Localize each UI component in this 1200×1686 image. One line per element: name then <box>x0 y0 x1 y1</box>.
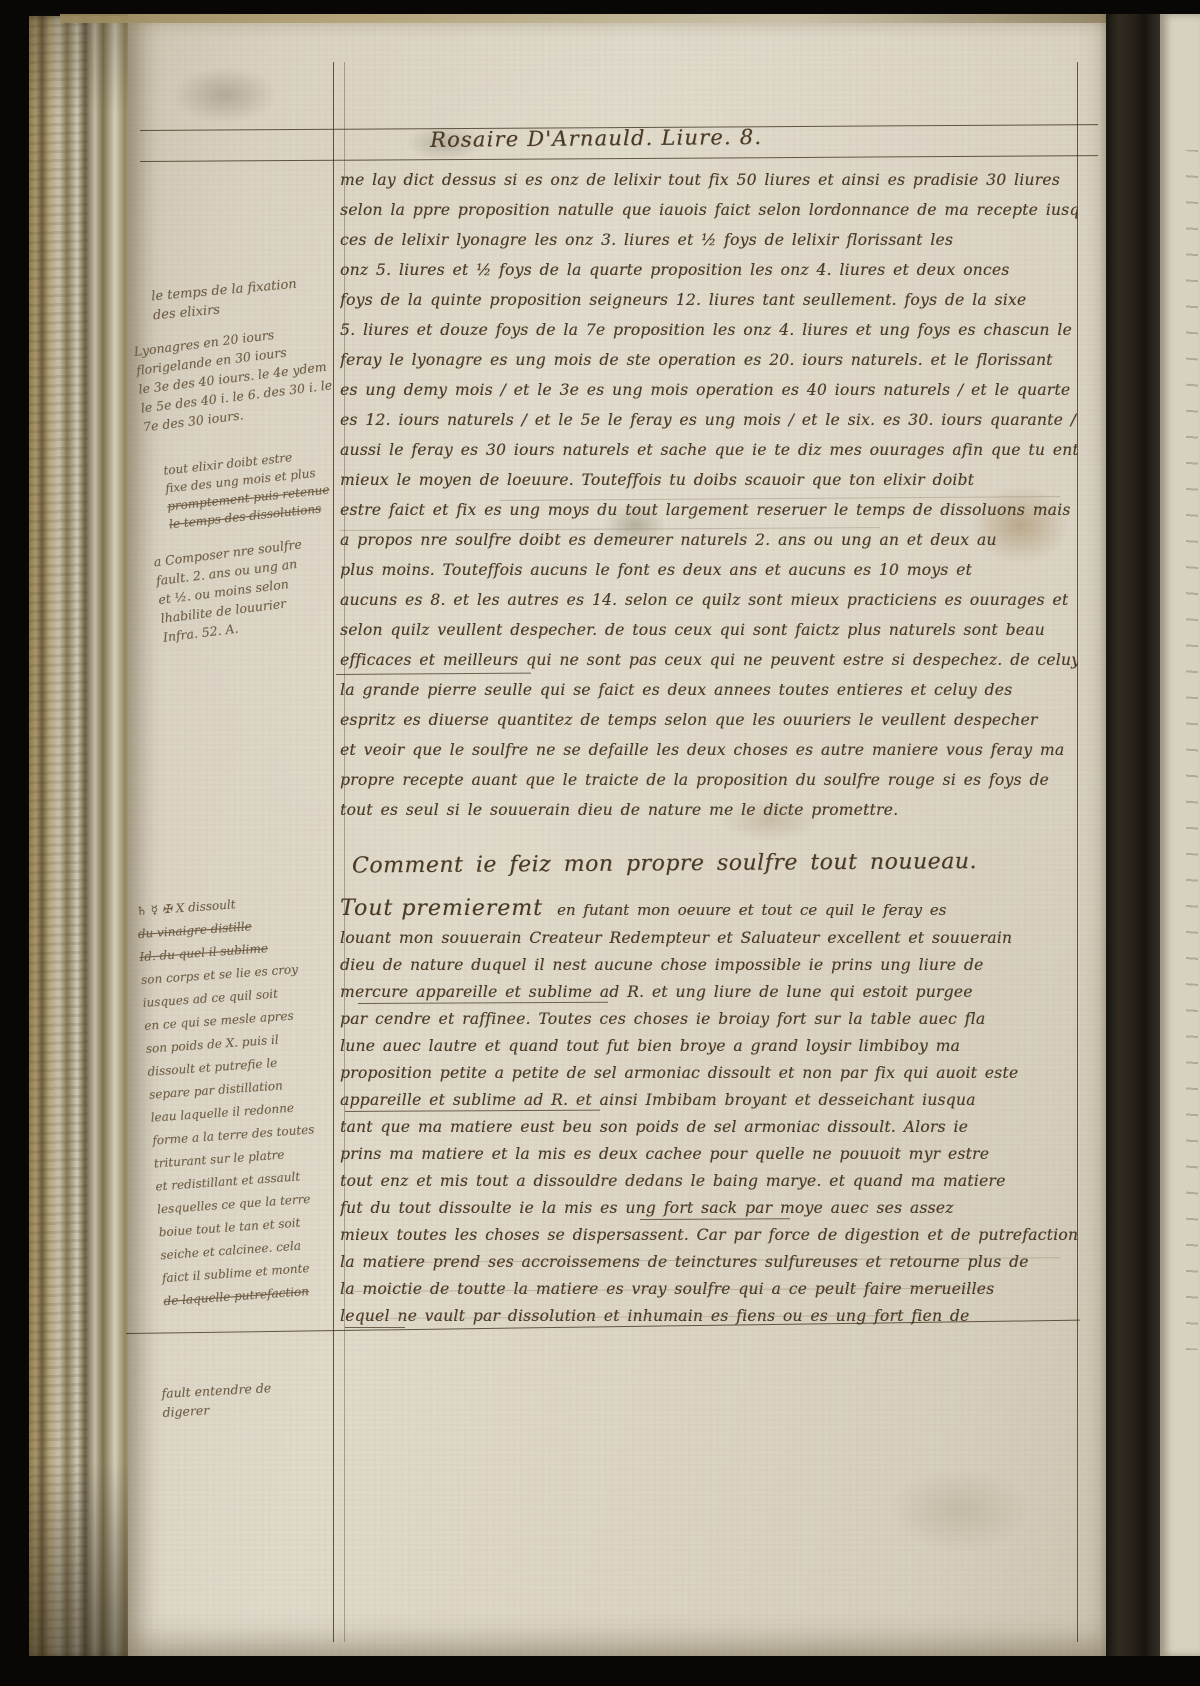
manuscript-line: mercure appareille et sublime ad R. et u… <box>340 983 1078 1010</box>
manuscript-line: la grande pierre seulle qui se faict es … <box>340 681 1078 711</box>
body-text-block-1: me lay dict dessus si es onz de lelixir … <box>340 171 1078 831</box>
manuscript-line: appareille et sublime ad R. et ainsi Imb… <box>340 1091 1078 1118</box>
photo-border-top <box>0 0 1200 13</box>
manuscript-line: tout enz et mis tout a dissouldre dedans… <box>340 1172 1078 1199</box>
manuscript-line: fut du tout dissoulte ie la mis es ung f… <box>340 1199 1078 1226</box>
rule-left-vertical <box>333 62 334 1642</box>
manuscript-line: plus moins. Touteffois aucuns le font es… <box>340 561 1078 591</box>
manuscript-line: feray le lyonagre es ung mois de ste ope… <box>340 351 1078 381</box>
manuscript-line: aucuns es 8. et les autres es 14. selon … <box>340 591 1078 621</box>
manuscript-line: tout es seul si le souuerain dieu de nat… <box>340 801 1078 831</box>
manuscript-line: espritz es diuerse quantitez de temps se… <box>340 711 1078 741</box>
manuscript-line: louant mon souuerain Createur Redempteur… <box>340 929 1078 956</box>
ink-underline-last-line <box>345 1327 405 1328</box>
gutter-shadow <box>1100 14 1160 1656</box>
body-text-block-2: louant mon souuerain Createur Redempteur… <box>340 929 1078 1334</box>
manuscript-photo: Rosaire D'Arnauld. Liure. 8. me lay dict… <box>0 0 1200 1686</box>
lead-rest-words: en futant mon oeuure et tout ce quil le … <box>557 901 946 919</box>
manuscript-line: et veoir que le soulfre ne se defaille l… <box>340 741 1078 771</box>
photo-border-left <box>0 0 29 1686</box>
manuscript-line: dieu de nature duquel il nest aucune cho… <box>340 956 1078 983</box>
section-heading: Comment ie feiz mon propre soulfre tout … <box>352 849 1052 879</box>
margin-note-composer-soulfre: a Composer nre soulfrefault. 2. ans ou u… <box>153 536 313 648</box>
manuscript-line: par cendre et raffinee. Toutes ces chose… <box>340 1010 1078 1037</box>
manuscript-line: selon la ppre proposition natulle que ia… <box>340 201 1078 231</box>
manuscript-line: la moictie de toutte la matiere es vray … <box>340 1280 1078 1307</box>
page-top-edge <box>60 14 1106 23</box>
page-title: Rosaire D'Arnauld. Liure. 8. <box>430 124 850 152</box>
manuscript-line: es ung demy mois / et le 3e es ung mois … <box>340 381 1078 411</box>
manuscript-line: ces de lelixir lyonagre les onz 3. liure… <box>340 231 1078 261</box>
manuscript-line: lune auec lautre et quand tout fut bien … <box>340 1037 1078 1064</box>
manuscript-line: proposition petite a petite de sel armon… <box>340 1064 1078 1091</box>
manuscript-line: aussi le feray es 30 iours naturels et s… <box>340 441 1078 471</box>
manuscript-line: 5. liures et douze foys de la 7e proposi… <box>340 321 1078 351</box>
manuscript-line: foys de la quinte proposition seigneurs … <box>340 291 1078 321</box>
manuscript-line: onz 5. liures et ½ foys de la quarte pro… <box>340 261 1078 291</box>
margin-note-digerer: fault entendre dedigerer <box>161 1380 273 1424</box>
manuscript-line: propre recepte auant que le traicte de l… <box>340 771 1078 801</box>
manuscript-line: efficaces et meilleurs qui ne sont pas c… <box>340 651 1078 681</box>
manuscript-line: tant que ma matiere eust beu son poids d… <box>340 1118 1078 1145</box>
manuscript-line: prins ma matiere et la mis es deux cache… <box>340 1145 1078 1172</box>
body-lead-line: Tout premieremten futant mon oeuure et t… <box>340 896 1078 921</box>
margin-note-dissolution-process: ♄ ☿ ✠ X dissoultdu vinaigre distilleId. … <box>136 893 327 1317</box>
manuscript-line: me lay dict dessus si es onz de lelixir … <box>340 171 1078 201</box>
spine-texture <box>28 16 88 1658</box>
lead-words: Tout premieremt <box>340 896 543 921</box>
facing-page-text-fragments <box>1186 150 1198 1350</box>
manuscript-line: es 12. iours naturels / et le 5e le fera… <box>340 411 1078 441</box>
manuscript-line: mieux toutes les choses se dispersassent… <box>340 1226 1078 1253</box>
photo-border-bottom <box>0 1656 1200 1686</box>
manuscript-line: estre faict et fix es ung moys du tout l… <box>340 501 1078 531</box>
manuscript-line: selon quilz veullent despecher. de tous … <box>340 621 1078 651</box>
manuscript-line: lequel ne vault par dissolution et inhum… <box>340 1307 1078 1334</box>
manuscript-line: a propos nre soulfre doibt es demeurer n… <box>340 531 1078 561</box>
